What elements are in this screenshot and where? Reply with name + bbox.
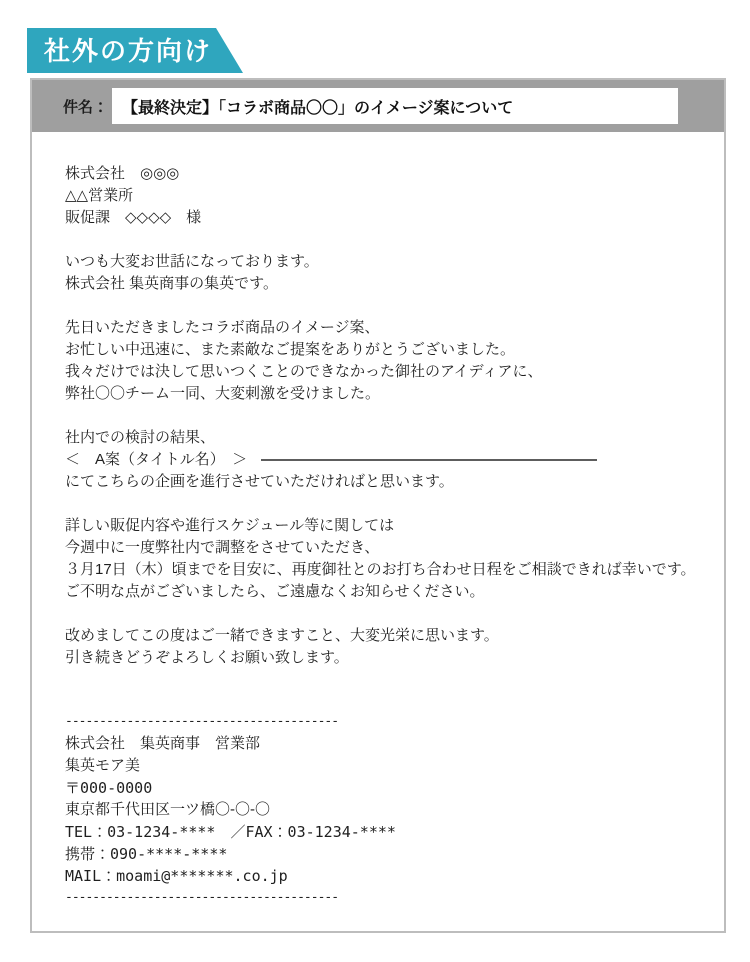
signature-email-address: MAIL：moami@*******.co.jp (65, 865, 708, 887)
thanks-line-4: 弊社〇〇チーム一同、大変刺激を受けました。 (65, 383, 708, 405)
thanks-line-3: 我々だけでは決して思いつくことのできなかった御社のアイディアに、 (65, 361, 708, 383)
page: 社外の方向け 件名： 【最終決定】「コラボ商品〇〇」のイメージ案について 株式会… (0, 0, 750, 962)
selected-option-text: ＜ A案（タイトル名） ＞ (65, 449, 247, 471)
closing-paragraph: 改めましてこの度はご一緒できますこと、大変光栄に思います。 引き続きどうぞよろし… (65, 625, 708, 669)
option-underline-rule (261, 459, 597, 461)
recipient-block: 株式会社 ◎◎◎ △△営業所 販促課 ◇◇◇◇ 様 (65, 163, 708, 229)
subject-label: 件名： (63, 96, 108, 117)
recipient-office: △△営業所 (65, 185, 708, 207)
signature-postal-code: 〒000-0000 (65, 777, 708, 799)
greeting-paragraph: いつも大変お世話になっております。 株式会社 集英商事の集英です。 (65, 251, 708, 295)
signature-name: 集英モア美 (65, 755, 708, 777)
decision-paragraph: 社内での検討の結果、 ＜ A案（タイトル名） ＞ にてこちらの企画を進行させてい… (65, 427, 708, 493)
signature-divider-bottom: ---------------------------------------- (65, 887, 708, 909)
thanks-line-2: お忙しい中迅速に、また素敵なご提案をありがとうございました。 (65, 339, 708, 361)
schedule-line-4: ご不明な点がございましたら、ご遠慮なくお知らせください。 (65, 581, 708, 603)
signature-company: 株式会社 集英商事 営業部 (65, 733, 708, 755)
closing-line-1: 改めましてこの度はご一緒できますこと、大変光栄に思います。 (65, 625, 708, 647)
decision-outro-line: にてこちらの企画を進行させていただければと思います。 (65, 471, 708, 493)
section-banner-label: 社外の方向け (44, 38, 212, 64)
subject-bar: 件名： 【最終決定】「コラボ商品〇〇」のイメージ案について (32, 80, 724, 132)
subject-text: 【最終決定】「コラボ商品〇〇」のイメージ案について (122, 95, 513, 118)
selected-option-line: ＜ A案（タイトル名） ＞ (65, 449, 708, 471)
decision-intro-line: 社内での検討の結果、 (65, 427, 708, 449)
signature-address: 東京都千代田区一ツ橋〇-〇-〇 (65, 799, 708, 821)
recipient-company: 株式会社 ◎◎◎ (65, 163, 708, 185)
schedule-line-3: ３月17日（木）頃までを目安に、再度御社とのお打ち合わせ日程をご相談できれば幸い… (65, 559, 708, 581)
recipient-person: 販促課 ◇◇◇◇ 様 (65, 207, 708, 229)
schedule-paragraph: 詳しい販促内容や進行スケジュール等に関しては 今週中に一度弊社内で調整をさせてい… (65, 515, 708, 603)
thanks-paragraph: 先日いただきましたコラボ商品のイメージ案、 お忙しい中迅速に、また素敵なご提案を… (65, 317, 708, 405)
signature-tel-fax: TEL：03-1234-**** ／FAX：03-1234-**** (65, 821, 708, 843)
schedule-line-1: 詳しい販促内容や進行スケジュール等に関しては (65, 515, 708, 537)
thanks-line-1: 先日いただきましたコラボ商品のイメージ案、 (65, 317, 708, 339)
email-example-box: 件名： 【最終決定】「コラボ商品〇〇」のイメージ案について 株式会社 ◎◎◎ △… (30, 78, 726, 933)
subject-field: 【最終決定】「コラボ商品〇〇」のイメージ案について (112, 88, 678, 124)
closing-line-2: 引き続きどうぞよろしくお願い致します。 (65, 647, 708, 669)
section-banner: 社外の方向け (27, 28, 243, 73)
signature-block: ----------------------------------------… (65, 711, 708, 909)
greeting-line: いつも大変お世話になっております。 (65, 251, 708, 273)
sender-intro-line: 株式会社 集英商事の集英です。 (65, 273, 708, 295)
signature-divider-top: ---------------------------------------- (65, 711, 708, 733)
schedule-line-2: 今週中に一度弊社内で調整をさせていただき、 (65, 537, 708, 559)
signature-mobile: 携帯：090-****-**** (65, 843, 708, 865)
email-body: 株式会社 ◎◎◎ △△営業所 販促課 ◇◇◇◇ 様 いつも大変お世話になっており… (32, 132, 724, 909)
